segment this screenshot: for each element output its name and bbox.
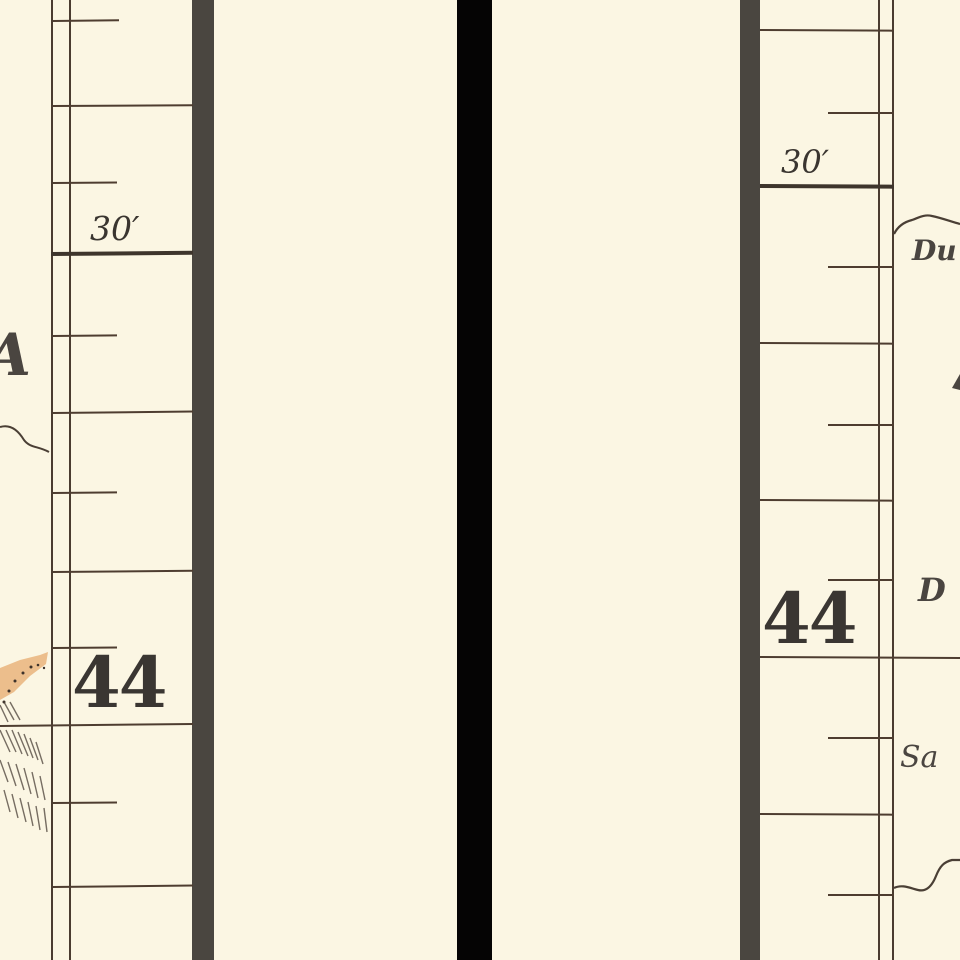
left-terrain-overlay [0,0,457,960]
page-gutter [457,0,492,960]
right-terrain-overlay [492,0,960,960]
boundary-line-top [894,215,960,234]
left-map-sheet: 30′ 44 A [0,0,457,960]
right-map-sheet: 30′ 44 Du D Sa [492,0,960,960]
boundary-line-bottom [894,860,960,890]
partial-letter-mark [952,374,960,390]
orange-wash-region [0,652,48,700]
hachure-hills [0,702,47,832]
river-line [0,426,49,452]
